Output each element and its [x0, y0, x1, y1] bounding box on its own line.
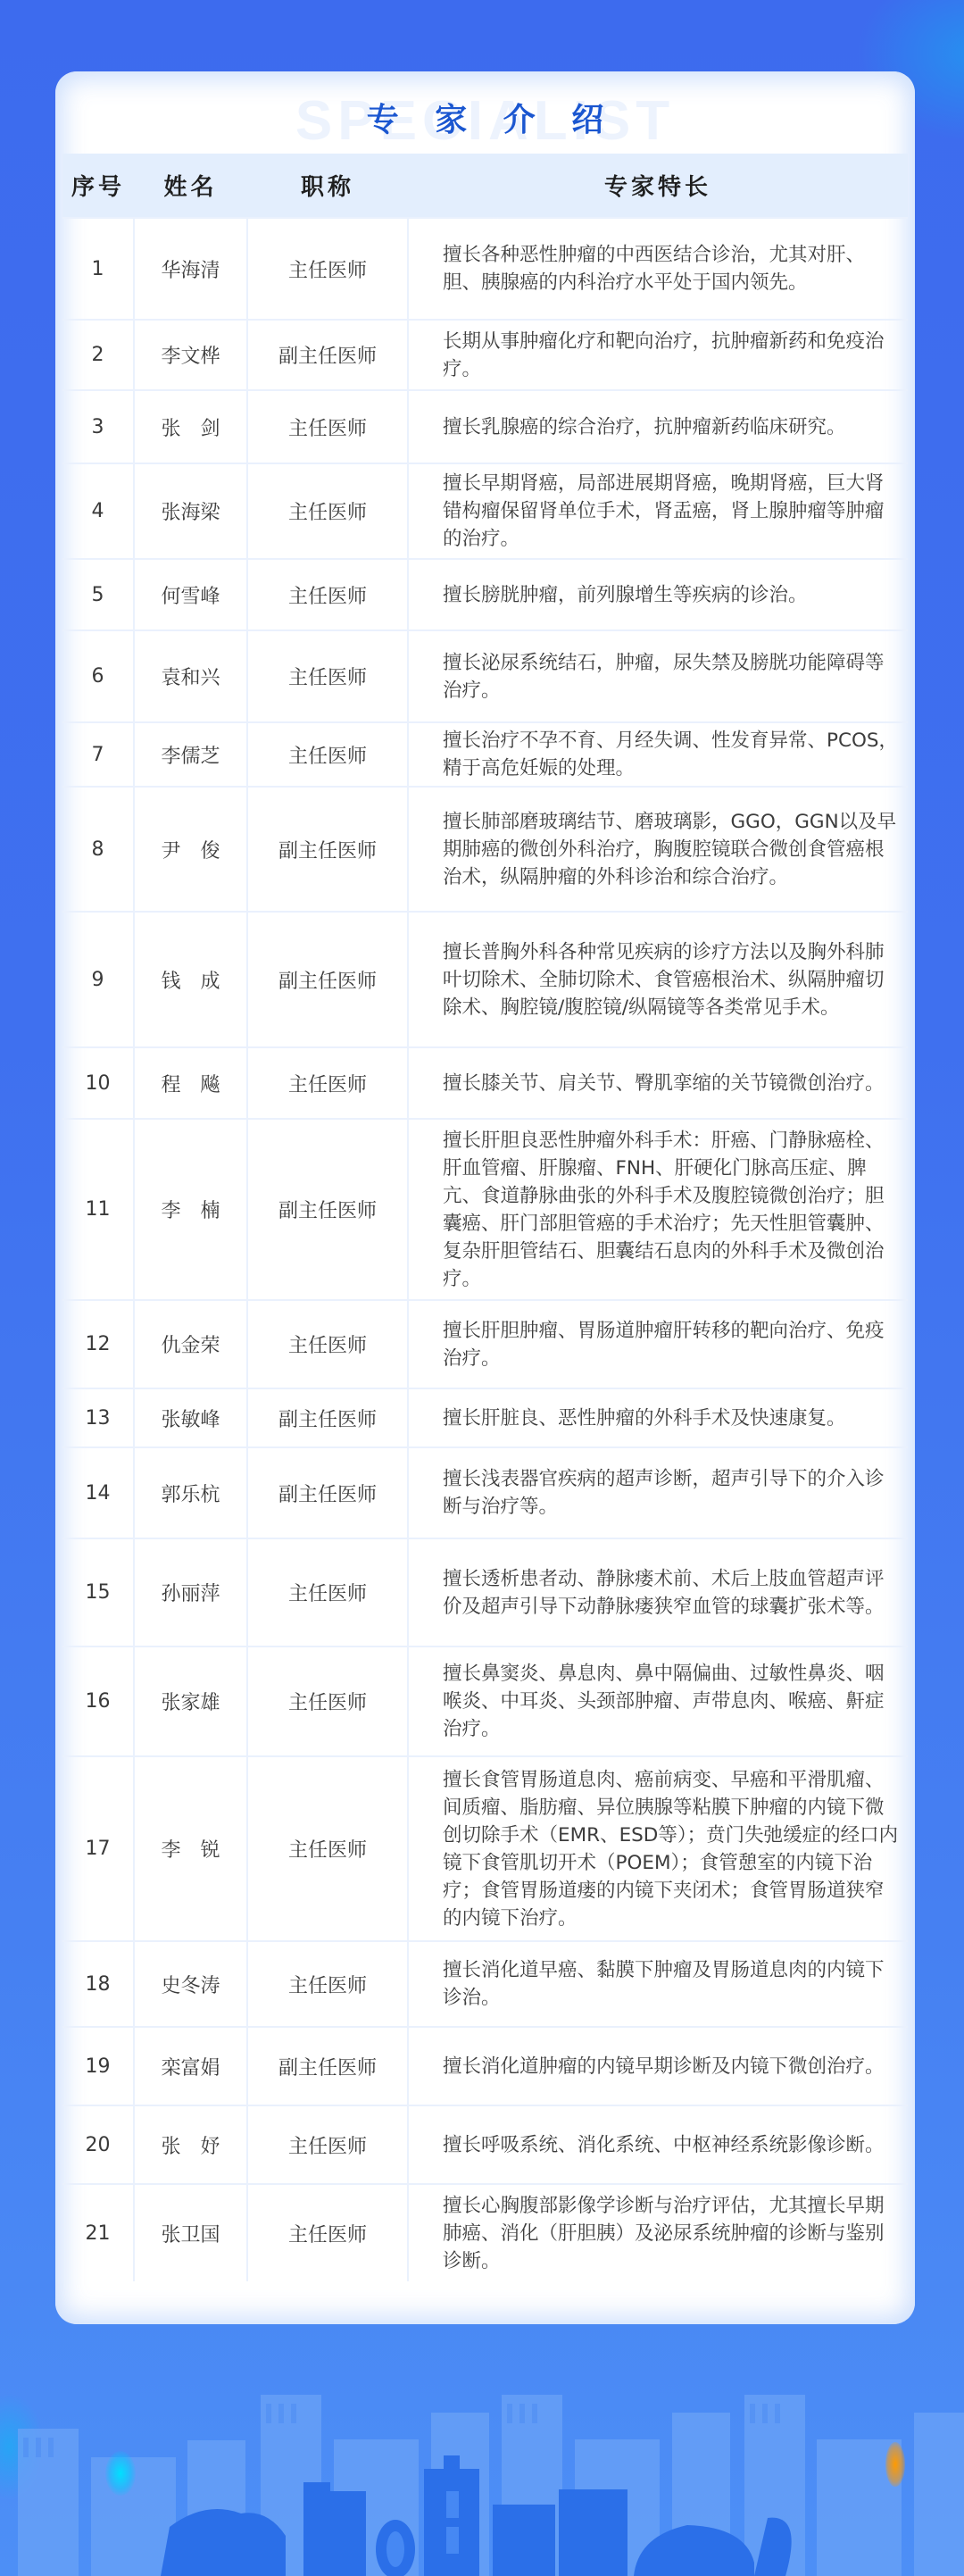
- doctor-name: 孙丽萍: [134, 1538, 247, 1646]
- doctor-title: 副主任医师: [247, 320, 408, 390]
- column-header-name: 姓名: [134, 154, 247, 218]
- doctor-specialty: 擅长普胸外科各种常见疾病的诊疗方法以及胸外科肺叶切除术、全肺切除术、食管癌根治术…: [408, 912, 908, 1047]
- row-number: 10: [62, 1047, 134, 1119]
- decorative-glow-dot: [885, 2442, 905, 2487]
- row-number: 2: [62, 320, 134, 390]
- doctor-name: 袁和兴: [134, 630, 247, 722]
- specialist-card: SPECIALIST 专 家 介 绍 序号 姓名 职称 专家特长 1华海清主任医…: [55, 71, 915, 2324]
- doctor-specialty: 擅长肝脏良、恶性肿瘤的外科手术及快速康复。: [408, 1388, 908, 1447]
- doctor-specialty: 擅长各种恶性肿瘤的中西医结合诊治，尤其对肝、胆、胰腺癌的内科治疗水平处于国内领先…: [408, 218, 908, 320]
- doctor-specialty: 擅长呼吸系统、消化系统、中枢神经系统影像诊断。: [408, 2105, 908, 2184]
- column-header-specialty: 专家特长: [408, 154, 908, 218]
- row-number: 13: [62, 1388, 134, 1447]
- doctor-specialty: 擅长食管胃肠道息肉、癌前病变、早癌和平滑肌瘤、间质瘤、脂肪瘤、异位胰腺等粘膜下肿…: [408, 1756, 908, 1941]
- doctor-title: 主任医师: [247, 1300, 408, 1388]
- table-row: 15孙丽萍主任医师擅长透析患者动、静脉瘘术前、术后上肢血管超声评价及超声引导下动…: [62, 1538, 908, 1646]
- doctor-title: 副主任医师: [247, 1388, 408, 1447]
- doctor-title: 主任医师: [247, 2184, 408, 2281]
- column-header-title: 职称: [247, 154, 408, 218]
- doctor-name: 张敏峰: [134, 1388, 247, 1447]
- doctor-title: 主任医师: [247, 2105, 408, 2184]
- doctor-name: 栾富娟: [134, 2027, 247, 2105]
- row-number: 12: [62, 1300, 134, 1388]
- doctor-specialty: 擅长消化道肿瘤的内镜早期诊断及内镜下微创治疗。: [408, 2027, 908, 2105]
- doctor-specialty: 擅长治疗不孕不育、月经失调、性发育异常、PCOS，精于高危妊娠的处理。: [408, 722, 908, 787]
- table-row: 18史冬涛主任医师擅长消化道早癌、黏膜下肿瘤及胃肠道息肉的内镜下诊治。: [62, 1941, 908, 2027]
- table-row: 16张家雄主任医师擅长鼻窦炎、鼻息肉、鼻中隔偏曲、过敏性鼻炎、咽喉炎、中耳炎、头…: [62, 1646, 908, 1756]
- table-row: 13张敏峰副主任医师擅长肝脏良、恶性肿瘤的外科手术及快速康复。: [62, 1388, 908, 1447]
- doctor-title: 主任医师: [247, 1941, 408, 2027]
- doctor-name: 张 妤: [134, 2105, 247, 2184]
- row-number: 16: [62, 1646, 134, 1756]
- doctor-specialty: 擅长消化道早癌、黏膜下肿瘤及胃肠道息肉的内镜下诊治。: [408, 1941, 908, 2027]
- doctor-specialty: 擅长透析患者动、静脉瘘术前、术后上肢血管超声评价及超声引导下动静脉瘘狭窄血管的球…: [408, 1538, 908, 1646]
- doctor-title: 主任医师: [247, 559, 408, 630]
- row-number: 15: [62, 1538, 134, 1646]
- doctor-name: 程 飚: [134, 1047, 247, 1119]
- doctor-name: 尹 俊: [134, 787, 247, 912]
- table-row: 19栾富娟副主任医师擅长消化道肿瘤的内镜早期诊断及内镜下微创治疗。: [62, 2027, 908, 2105]
- doctor-title: 主任医师: [247, 1538, 408, 1646]
- table-row: 10程 飚主任医师擅长膝关节、肩关节、臀肌挛缩的关节镜微创治疗。: [62, 1047, 908, 1119]
- row-number: 9: [62, 912, 134, 1047]
- column-header-number: 序号: [62, 154, 134, 218]
- table-row: 9钱 成副主任医师擅长普胸外科各种常见疾病的诊疗方法以及胸外科肺叶切除术、全肺切…: [62, 912, 908, 1047]
- doctor-specialty: 擅长肝胆肿瘤、胃肠道肿瘤肝转移的靶向治疗、免疫治疗。: [408, 1300, 908, 1388]
- row-number: 20: [62, 2105, 134, 2184]
- doctor-title: 主任医师: [247, 1756, 408, 1941]
- table-row: 21张卫国主任医师擅长心胸腹部影像学诊断与治疗评估，尤其擅长早期肺癌、消化（肝胆…: [62, 2184, 908, 2281]
- doctor-title: 主任医师: [247, 463, 408, 559]
- table-row: 5何雪峰主任医师擅长膀胱肿瘤，前列腺增生等疾病的诊治。: [62, 559, 908, 630]
- city-skyline-illustration: [0, 2357, 964, 2576]
- doctor-name: 何雪峰: [134, 559, 247, 630]
- doctor-name: 李文桦: [134, 320, 247, 390]
- table-row: 6袁和兴主任医师擅长泌尿系统结石，肿瘤，尿失禁及膀胱功能障碍等治疗。: [62, 630, 908, 722]
- row-number: 7: [62, 722, 134, 787]
- doctor-name: 李儒芝: [134, 722, 247, 787]
- doctor-title: 副主任医师: [247, 2027, 408, 2105]
- doctor-specialty: 擅长鼻窦炎、鼻息肉、鼻中隔偏曲、过敏性鼻炎、咽喉炎、中耳炎、头颈部肿瘤、声带息肉…: [408, 1646, 908, 1756]
- doctor-name: 李 楠: [134, 1119, 247, 1300]
- doctor-specialty: 擅长膀胱肿瘤，前列腺增生等疾病的诊治。: [408, 559, 908, 630]
- doctor-name: 郭乐杭: [134, 1447, 247, 1538]
- row-number: 5: [62, 559, 134, 630]
- table-row: 12仇金荣主任医师擅长肝胆肿瘤、胃肠道肿瘤肝转移的靶向治疗、免疫治疗。: [62, 1300, 908, 1388]
- doctor-specialty: 擅长膝关节、肩关节、臀肌挛缩的关节镜微创治疗。: [408, 1047, 908, 1119]
- doctor-specialty: 擅长肺部磨玻璃结节、磨玻璃影，GGO，GGN以及早期肺癌的微创外科治疗，胸腹腔镜…: [408, 787, 908, 912]
- doctor-title: 主任医师: [247, 390, 408, 463]
- table-row: 8尹 俊副主任医师擅长肺部磨玻璃结节、磨玻璃影，GGO，GGN以及早期肺癌的微创…: [62, 787, 908, 912]
- doctor-title: 主任医师: [247, 630, 408, 722]
- row-number: 17: [62, 1756, 134, 1941]
- row-number: 19: [62, 2027, 134, 2105]
- doctor-title: 主任医师: [247, 1646, 408, 1756]
- table-header-row: 序号 姓名 职称 专家特长: [62, 154, 908, 218]
- doctor-title: 副主任医师: [247, 1447, 408, 1538]
- row-number: 21: [62, 2184, 134, 2281]
- row-number: 4: [62, 463, 134, 559]
- doctor-name: 李 锐: [134, 1756, 247, 1941]
- table-row: 7李儒芝主任医师擅长治疗不孕不育、月经失调、性发育异常、PCOS，精于高危妊娠的…: [62, 722, 908, 787]
- doctor-specialty: 擅长泌尿系统结石，肿瘤，尿失禁及膀胱功能障碍等治疗。: [408, 630, 908, 722]
- table-row: 11李 楠副主任医师擅长肝胆良恶性肿瘤外科手术：肝癌、门静脉癌栓、肝血管瘤、肝腺…: [62, 1119, 908, 1300]
- doctor-name: 张卫国: [134, 2184, 247, 2281]
- doctor-title: 主任医师: [247, 722, 408, 787]
- page-title: 专 家 介 绍: [55, 95, 915, 140]
- table-row: 17李 锐主任医师擅长食管胃肠道息肉、癌前病变、早癌和平滑肌瘤、间质瘤、脂肪瘤、…: [62, 1756, 908, 1941]
- table-row: 3张 剑主任医师擅长乳腺癌的综合治疗，抗肿瘤新药临床研究。: [62, 390, 908, 463]
- row-number: 6: [62, 630, 134, 722]
- doctor-name: 张海梁: [134, 463, 247, 559]
- doctor-title: 副主任医师: [247, 1119, 408, 1300]
- doctor-name: 张家雄: [134, 1646, 247, 1756]
- doctor-name: 仇金荣: [134, 1300, 247, 1388]
- specialist-table: 序号 姓名 职称 专家特长 1华海清主任医师擅长各种恶性肿瘤的中西医结合诊治，尤…: [62, 154, 908, 2281]
- table-row: 14郭乐杭副主任医师擅长浅表器官疾病的超声诊断，超声引导下的介入诊断与治疗等。: [62, 1447, 908, 1538]
- doctor-title: 副主任医师: [247, 912, 408, 1047]
- row-number: 8: [62, 787, 134, 912]
- row-number: 11: [62, 1119, 134, 1300]
- row-number: 14: [62, 1447, 134, 1538]
- table-row: 20张 妤主任医师擅长呼吸系统、消化系统、中枢神经系统影像诊断。: [62, 2105, 908, 2184]
- doctor-specialty: 擅长早期肾癌，局部进展期肾癌，晚期肾癌，巨大肾错构瘤保留肾单位手术，肾盂癌，肾上…: [408, 463, 908, 559]
- row-number: 3: [62, 390, 134, 463]
- decorative-glow-dot: [105, 2451, 136, 2496]
- doctor-name: 钱 成: [134, 912, 247, 1047]
- doctor-specialty: 长期从事肿瘤化疗和靶向治疗，抗肿瘤新药和免疫治疗。: [408, 320, 908, 390]
- row-number: 1: [62, 218, 134, 320]
- doctor-name: 张 剑: [134, 390, 247, 463]
- table-row: 4张海梁主任医师擅长早期肾癌，局部进展期肾癌，晚期肾癌，巨大肾错构瘤保留肾单位手…: [62, 463, 908, 559]
- table-row: 1华海清主任医师擅长各种恶性肿瘤的中西医结合诊治，尤其对肝、胆、胰腺癌的内科治疗…: [62, 218, 908, 320]
- doctor-specialty: 擅长乳腺癌的综合治疗，抗肿瘤新药临床研究。: [408, 390, 908, 463]
- doctor-title: 主任医师: [247, 1047, 408, 1119]
- doctor-specialty: 擅长浅表器官疾病的超声诊断，超声引导下的介入诊断与治疗等。: [408, 1447, 908, 1538]
- table-row: 2李文桦副主任医师长期从事肿瘤化疗和靶向治疗，抗肿瘤新药和免疫治疗。: [62, 320, 908, 390]
- doctor-specialty: 擅长肝胆良恶性肿瘤外科手术：肝癌、门静脉癌栓、肝血管瘤、肝腺瘤、FNH、肝硬化门…: [408, 1119, 908, 1300]
- card-header: SPECIALIST 专 家 介 绍: [55, 71, 915, 154]
- doctor-specialty: 擅长心胸腹部影像学诊断与治疗评估，尤其擅长早期肺癌、消化（肝胆胰）及泌尿系统肿瘤…: [408, 2184, 908, 2281]
- doctor-title: 主任医师: [247, 218, 408, 320]
- doctor-name: 华海清: [134, 218, 247, 320]
- doctor-name: 史冬涛: [134, 1941, 247, 2027]
- doctor-title: 副主任医师: [247, 787, 408, 912]
- row-number: 18: [62, 1941, 134, 2027]
